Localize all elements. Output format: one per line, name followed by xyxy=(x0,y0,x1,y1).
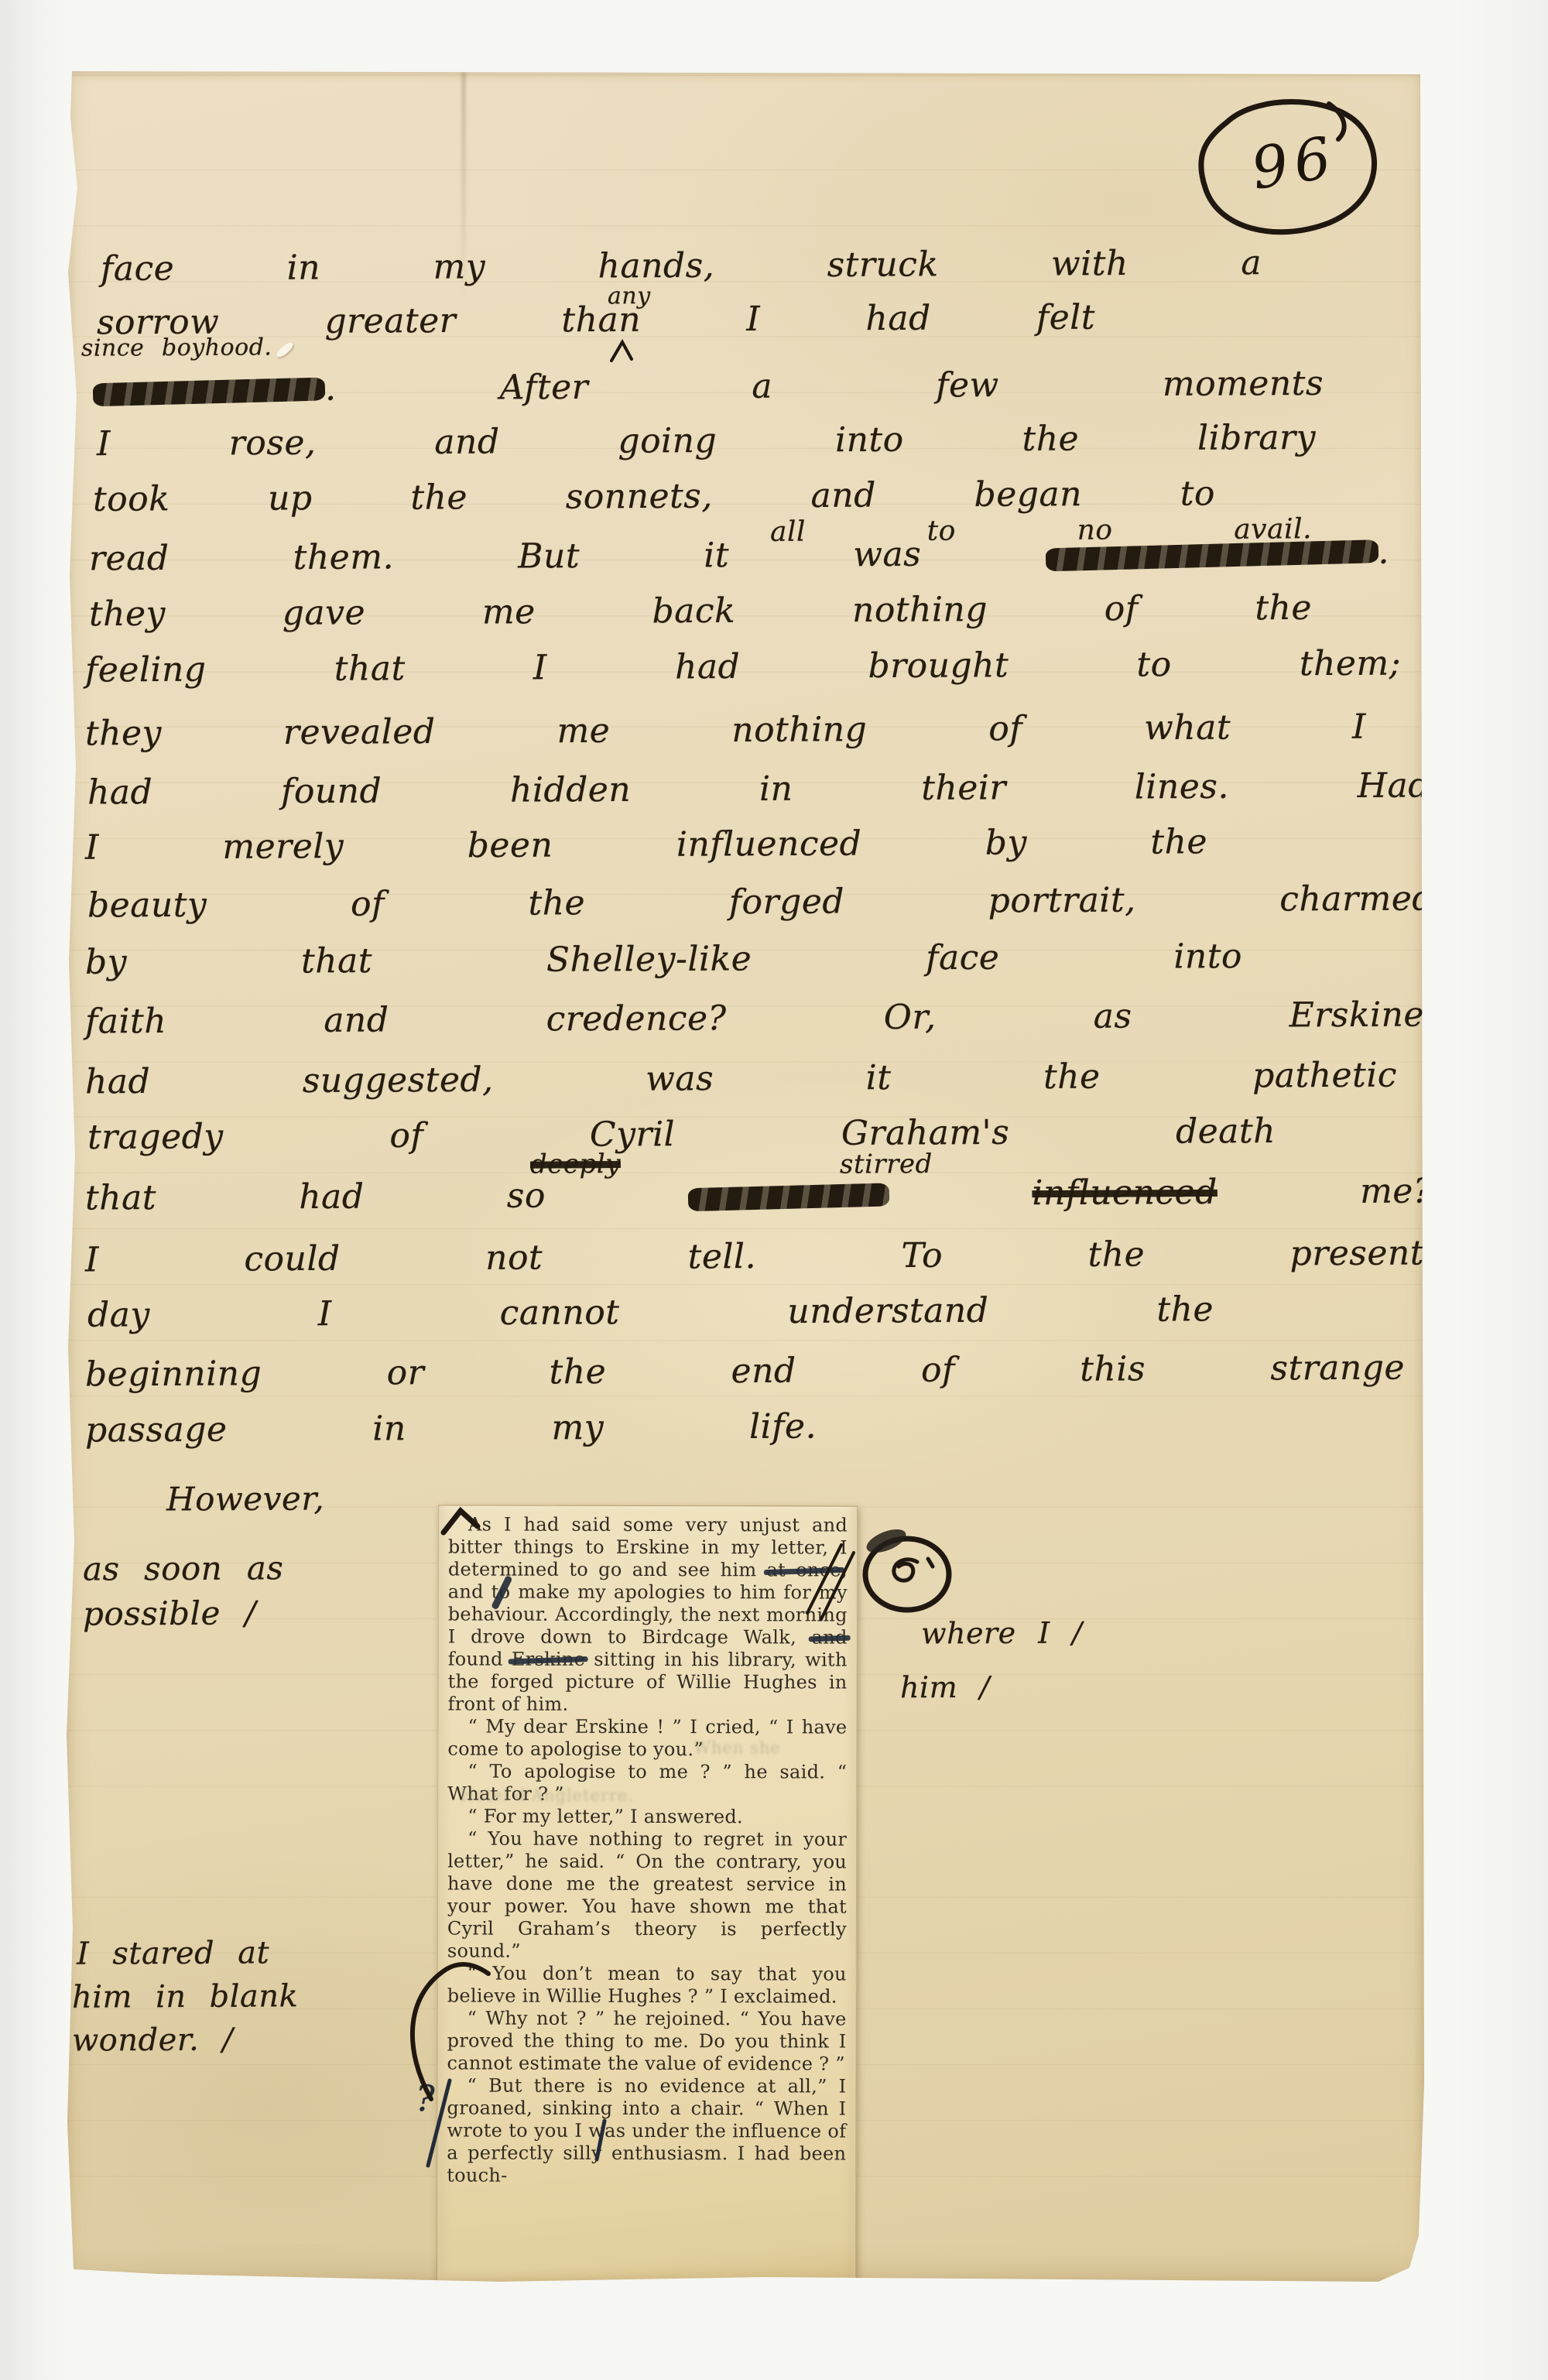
handwritten-text: him / xyxy=(900,1670,990,1705)
margin-notes-layer: However,as soon aspossible /where I /him… xyxy=(66,71,1424,2283)
handwritten-text: However, xyxy=(166,1479,324,1518)
handwritten-text: ? xyxy=(416,2077,435,2119)
margin-note: him in blank xyxy=(72,1978,299,2016)
margin-note: him / xyxy=(900,1670,990,1706)
handwritten-text: I stared at xyxy=(77,1935,269,1971)
margin-note: as soon as xyxy=(83,1549,284,1589)
handwritten-text: where I / xyxy=(921,1615,1083,1650)
margin-note: possible / xyxy=(83,1594,256,1634)
handwritten-text: as soon as xyxy=(83,1549,284,1587)
manuscript-paper: 96 face in my hands, struck with asorrow… xyxy=(66,71,1424,2283)
margin-note: However, xyxy=(166,1479,324,1519)
handwritten-text: him in blank xyxy=(72,1978,299,2015)
handwritten-text: wonder. / xyxy=(72,2022,234,2058)
scanned-manuscript-page: 96 face in my hands, struck with asorrow… xyxy=(0,0,1548,2380)
margin-note: wonder. / xyxy=(72,2021,234,2059)
margin-note: I stared at xyxy=(77,1934,269,1972)
handwritten-text: possible / xyxy=(83,1594,256,1632)
margin-note: ? xyxy=(416,2077,435,2120)
margin-note: where I / xyxy=(921,1615,1083,1652)
